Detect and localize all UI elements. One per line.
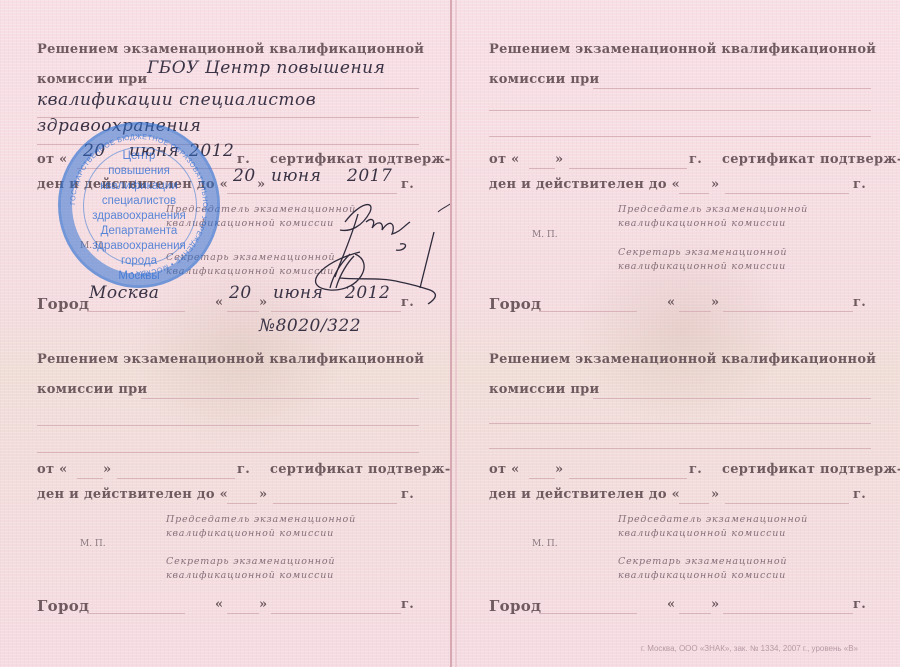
until-day-field[interactable] [679, 503, 709, 504]
signatures [300, 192, 450, 310]
right-page: Решением экзаменационной квалификационно… [452, 0, 900, 667]
until-month: июня [271, 166, 321, 186]
commission-label: комиссии при [37, 72, 147, 87]
from-day-field[interactable] [529, 168, 555, 169]
issue-day: 20 [229, 283, 252, 303]
from-month-field[interactable] [569, 168, 687, 169]
from-month-field[interactable] [117, 478, 235, 479]
left-page: Решением экзаменационной квалификационно… [0, 0, 450, 667]
from-month-field[interactable] [569, 478, 687, 479]
until-month-field[interactable] [725, 193, 849, 194]
stamp-center-text: Центрповышенияквалификацииспециалистовзд… [61, 149, 217, 284]
commission-handwritten-1: ГБОУ Центр повышения [147, 58, 385, 78]
until-day: 20 [233, 166, 256, 186]
until-year: 2017 [347, 166, 392, 186]
city-field[interactable] [539, 613, 637, 614]
commission-field[interactable] [141, 398, 419, 399]
commission-field[interactable] [593, 398, 871, 399]
from-day-field[interactable] [529, 478, 555, 479]
commission-handwritten-2: квалификации специалистов [37, 90, 316, 110]
until-month-field[interactable] [273, 503, 397, 504]
commission-field[interactable] [593, 88, 871, 89]
city-field[interactable] [87, 613, 185, 614]
from-year-suffix: г. [237, 152, 250, 167]
decision-label: Решением экзаменационной квалификационно… [37, 42, 424, 57]
registration-number: №8020/322 [259, 316, 361, 336]
city-field[interactable] [539, 311, 637, 312]
until-month-field[interactable] [725, 503, 849, 504]
city-label: Город [37, 295, 89, 313]
until-day-field[interactable] [679, 193, 709, 194]
official-stamp: ГОСУДАРСТВЕННОЕ БЮДЖЕТНОЕ ОБРАЗОВАТЕЛЬНО… [58, 122, 220, 288]
cert-confirmed-label: сертификат подтверж- [270, 152, 451, 167]
from-day-field[interactable] [77, 478, 103, 479]
until-day-field[interactable] [227, 503, 257, 504]
printer-imprint: г. Москва, ООО «ЗНАК», зак. № 1334, 2007… [641, 644, 858, 653]
